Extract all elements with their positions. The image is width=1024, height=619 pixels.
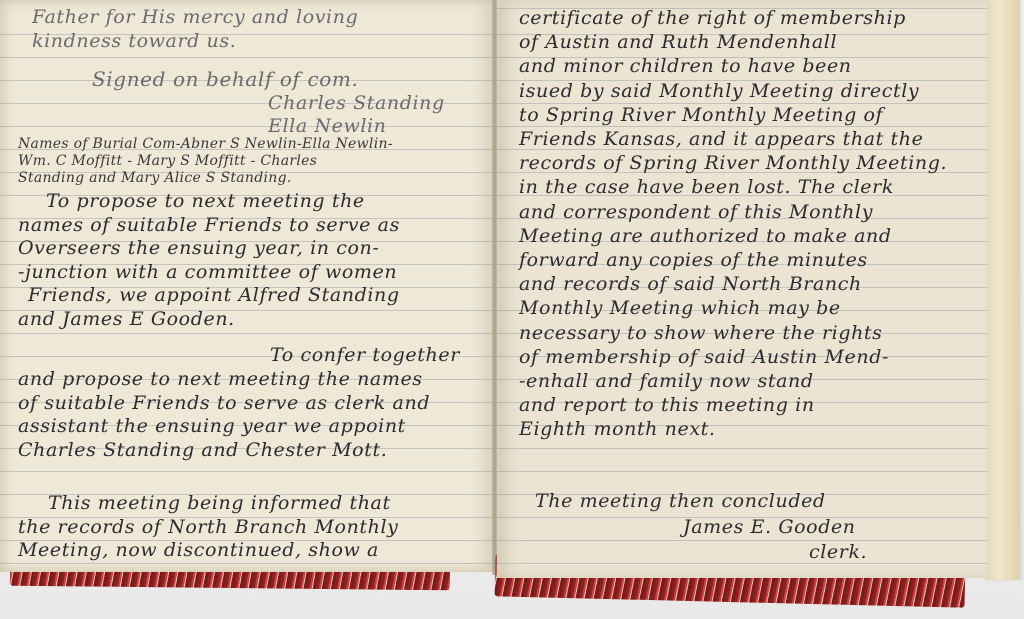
clerk-signature-title: clerk. [809, 541, 867, 565]
clerk-minute-line-1: and propose to next meeting the names [18, 368, 430, 392]
records-minute: This meeting being informed that the rec… [18, 492, 399, 563]
continuation-line-16: -enhall and family now stand [519, 369, 947, 393]
continuation-line-6: Friends Kansas, and it appears that the [519, 127, 947, 151]
closing-line: The meeting then concluded [535, 490, 826, 514]
records-minute-line-2: the records of North Branch Monthly [18, 516, 399, 540]
continuation-line-17: and report to this meeting in [519, 393, 947, 417]
continuation-line-1: certificate of the right of membership [519, 6, 947, 30]
clerk-minute-line-2: of suitable Friends to serve as clerk an… [18, 392, 430, 416]
left-page: Father for His mercy and loving kindness… [0, 0, 494, 572]
overseers-line-6: and James E Gooden. [18, 308, 400, 332]
continuation-line-3: and minor children to have been [519, 54, 947, 78]
page-stack-edge [985, 0, 1020, 580]
membership-minute-continuation: certificate of the right of membership o… [519, 6, 947, 442]
signatory-2: Ella Newlin [268, 115, 387, 139]
right-page: certificate of the right of membership o… [497, 0, 987, 578]
clerk-signature-name: James E. Gooden [683, 516, 856, 540]
overseers-line-1: To propose to next meeting the [18, 190, 400, 214]
clerk-minute-line-3: assistant the ensuing year we appoint [18, 415, 430, 439]
records-minute-line-1: This meeting being informed that [18, 492, 399, 516]
burial-committee-line-3: Standing and Mary Alice S Standing. [18, 170, 393, 187]
burial-committee-names: Names of Burial Com-Abner S Newlin-Ella … [18, 136, 393, 187]
clerk-minute-line-4: Charles Standing and Chester Mott. [18, 439, 430, 463]
continuation-line-7: records of Spring River Monthly Meeting. [519, 151, 947, 175]
clerk-minute-heading: To confer together [270, 344, 460, 368]
continuation-line-2: of Austin and Ruth Mendenhall [519, 30, 947, 54]
records-minute-line-3: Meeting, now discontinued, show a [18, 539, 399, 563]
continuation-line-11: forward any copies of the minutes [519, 248, 947, 272]
signed-on-behalf-line: Signed on behalf of com. [92, 68, 358, 92]
overseers-line-4: -junction with a committee of women [18, 261, 400, 285]
continuation-line-14: necessary to show where the rights [519, 321, 947, 345]
burial-committee-line-2: Wm. C Moffitt - Mary S Moffitt - Charles [18, 153, 393, 170]
continuation-line-15: of membership of said Austin Mend- [519, 345, 947, 369]
continuation-line-10: Meeting are authorized to make and [519, 224, 947, 248]
burial-committee-line-1: Names of Burial Com-Abner S Newlin-Ella … [18, 136, 393, 153]
opening-line-1: Father for His mercy and loving [32, 6, 358, 30]
overseers-line-2: names of suitable Friends to serve as [18, 214, 400, 238]
opening-line-2: kindness toward us. [32, 30, 358, 54]
signatory-1: Charles Standing [268, 92, 445, 116]
overseers-minute: To propose to next meeting the names of … [18, 190, 400, 331]
opening-paragraph: Father for His mercy and loving kindness… [32, 6, 358, 53]
clerk-minute: and propose to next meeting the names of… [18, 368, 430, 462]
continuation-line-4: isued by said Monthly Meeting directly [519, 79, 947, 103]
continuation-line-9: and correspondent of this Monthly [519, 200, 947, 224]
continuation-line-12: and records of said North Branch [519, 272, 947, 296]
continuation-line-5: to Spring River Monthly Meeting of [519, 103, 947, 127]
overseers-line-5: Friends, we appoint Alfred Standing [18, 284, 400, 308]
continuation-line-18: Eighth month next. [519, 417, 947, 441]
continuation-line-8: in the case have been lost. The clerk [519, 175, 947, 199]
overseers-line-3: Overseers the ensuing year, in con- [18, 237, 400, 261]
continuation-line-13: Monthly Meeting which may be [519, 296, 947, 320]
